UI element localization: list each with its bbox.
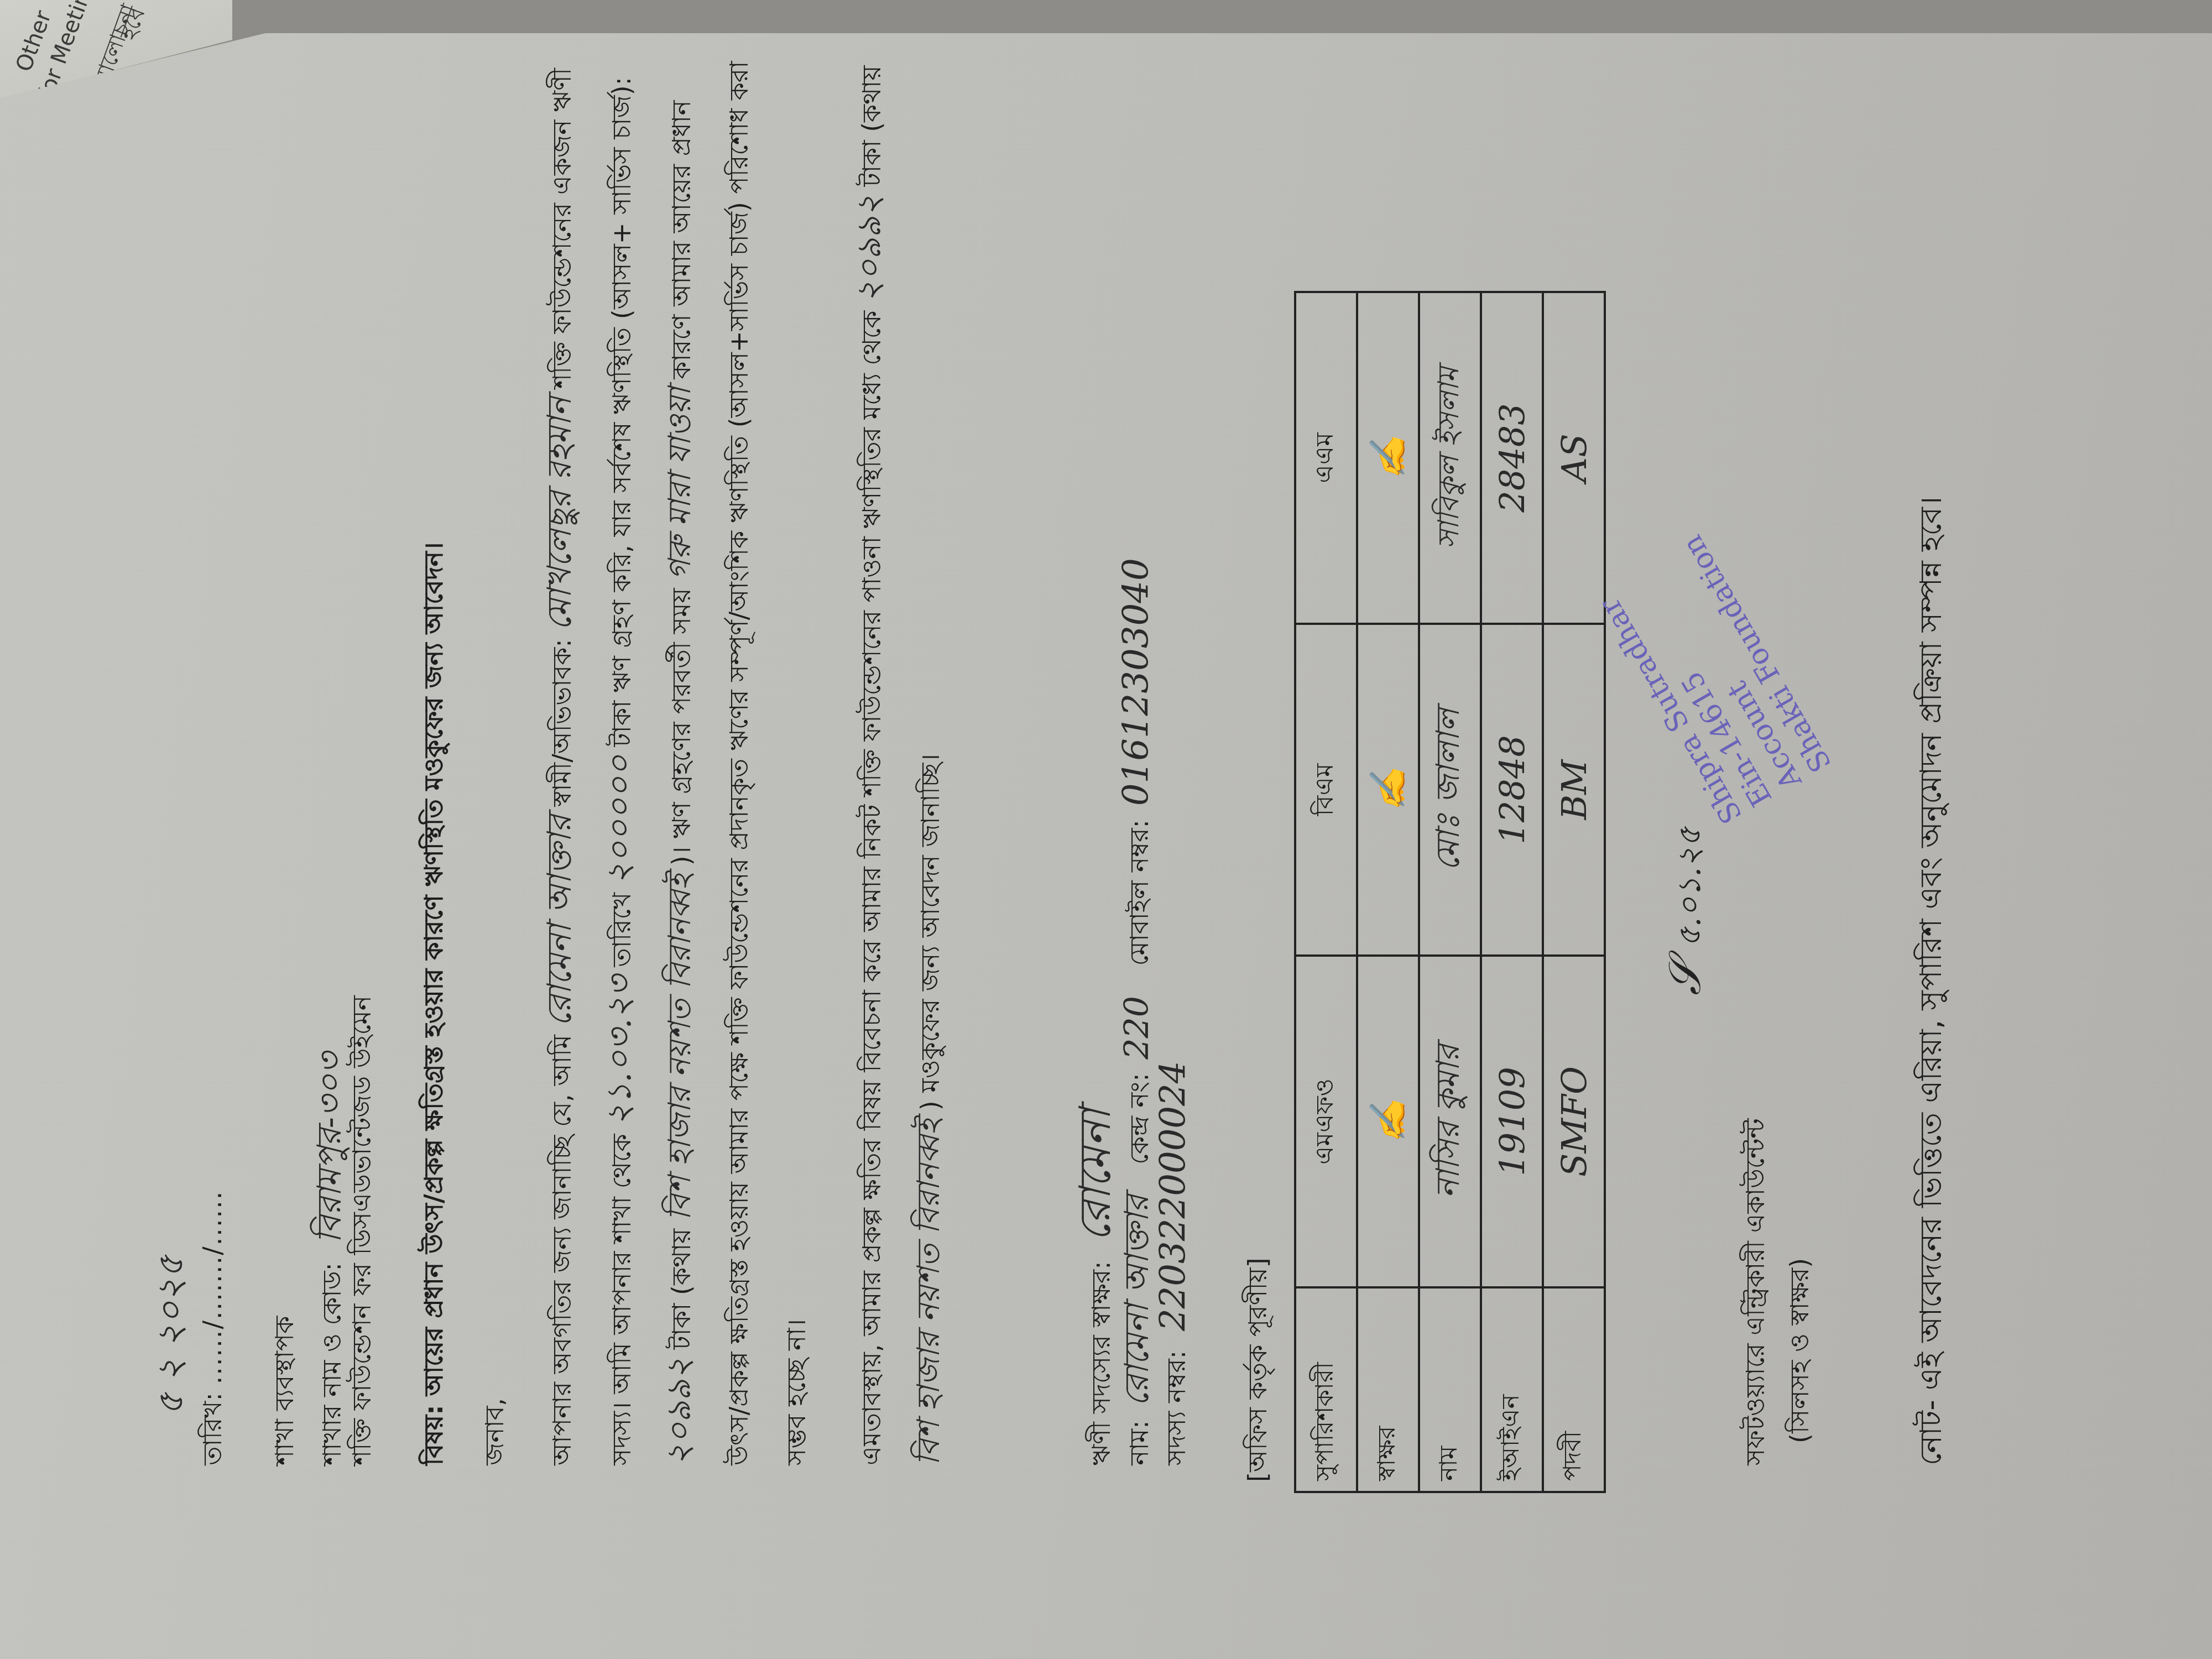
- mobile-value: 01612303040: [1116, 558, 1157, 806]
- body-paragraph-1: আপনার অবগতির জন্য জানাচ্ছি যে, আমি রোমেন…: [531, 55, 825, 1465]
- bm-designation: BM: [1543, 624, 1605, 956]
- footer-note: নোট- এই আবেদনের ভিত্তিতে এরিয়া, সুপারিশ…: [1908, 497, 1958, 1465]
- outstanding-handwritten: ২০৯৯২: [660, 1358, 698, 1465]
- date-placeholder: ....../......./......: [197, 1191, 227, 1385]
- mfo-ein: 19109: [1481, 956, 1543, 1287]
- waiver-amount-handwritten: ২০৯৯২: [850, 195, 889, 302]
- center-no-value: 220: [1118, 996, 1156, 1060]
- organization-name: শক্তি ফাউন্ডেশন ফর ডিসএডভান্টেজড উইমেন: [343, 995, 385, 1465]
- mfo-designation: SMFO: [1543, 956, 1605, 1287]
- signature-cell: ✍: [1357, 292, 1419, 624]
- salutation: জনাব,: [476, 1398, 518, 1465]
- row-label: পদবী: [1543, 1287, 1605, 1492]
- mfo-name: নাসির কুমার: [1419, 956, 1481, 1287]
- accountant-sub-label: (সিলসহ ও স্বাক্ষর): [1781, 1258, 1823, 1443]
- row-label: স্বাক্ষর: [1357, 1287, 1419, 1492]
- accountant-label: সফটওয়্যারে এন্ট্রিকারী একাউন্টেন্ট: [1736, 1118, 1778, 1465]
- accountant-signature: 𝒮 ৫.০১.২৫: [1659, 827, 1718, 995]
- accountant-signature-date: ৫.০১.২৫: [1672, 827, 1708, 947]
- column-header: বিএম: [1295, 624, 1357, 956]
- center-no-label: কেন্দ্র নং:: [1124, 1073, 1154, 1164]
- row-label: ইআইএন: [1481, 1287, 1543, 1492]
- row-label: সুপারিশকারী: [1295, 1287, 1357, 1492]
- reason-handwritten: গরু মারা যাওয়া: [662, 387, 698, 580]
- bm-name: মোঃ জালাল: [1419, 624, 1481, 956]
- table-row: নাম নাসির কুমার মোঃ জালাল সাবিকুল ইসলাম: [1419, 292, 1481, 1492]
- table-row: সুপারিশকারী এমএফও বিএম এএম: [1295, 292, 1357, 1492]
- accountant-stamp: Shipra Sutradhar Ein-14615 Account Shakt…: [1586, 529, 1839, 830]
- loan-date-handwritten: ২১.০৩.২৩: [600, 975, 639, 1125]
- office-recommendation-table: সুপারিশকারী এমএফও বিএম এএম স্বাক্ষর ✍ ✍ …: [1294, 291, 1606, 1493]
- column-header: এমএফও: [1295, 956, 1357, 1287]
- signature-cell: ✍: [1357, 956, 1419, 1287]
- date-label: তারিখ:: [197, 1392, 227, 1465]
- am-name: সাবিকুল ইসলাম: [1419, 292, 1481, 624]
- accountant-signature-scribble: 𝒮: [1659, 961, 1710, 995]
- mobile-label: মোবাইল নম্বর:: [1124, 820, 1154, 966]
- member-no-row: সদস্য নম্বর: 220322000024: [1153, 1061, 1199, 1465]
- row-label: নাম: [1419, 1287, 1481, 1492]
- am-signature-scribble: ✍: [1368, 436, 1409, 480]
- loan-amount-handwritten: ২০০০০০: [600, 755, 639, 884]
- table-row: পদবী SMFO BM AS: [1543, 292, 1605, 1492]
- guardian-handwritten: মোখলেছুর রহমান: [540, 397, 579, 631]
- column-header: এএম: [1295, 292, 1357, 624]
- recipient-title: শাখা ব্যবস্থাপক: [265, 1316, 307, 1465]
- office-section-title: [অফিস কর্তৃক পূরণীয়]: [1239, 1258, 1281, 1482]
- table-row: ইআইএন 19109 12848 28483: [1481, 292, 1543, 1492]
- outstanding-words-handwritten: বিশ হাজার নয়শত বিরানব্বই: [662, 874, 698, 1220]
- branch-label: শাখার নাম ও কোড:: [317, 1262, 347, 1465]
- bm-signature-scribble: ✍: [1368, 768, 1409, 812]
- member-name-label: নাম:: [1124, 1420, 1154, 1465]
- body-paragraph-2: এমতাবস্থায়, আমার প্রকল্প ক্ষতির বিষয় ব…: [841, 55, 959, 1465]
- waiver-words-handwritten: বিশ হাজার নয়শত বিরানব্বই: [911, 1119, 947, 1465]
- member-no-value: 220322000024: [1153, 1061, 1194, 1331]
- signature-cell: ✍: [1357, 624, 1419, 956]
- member-no-label: সদস্য নম্বর:: [1161, 1350, 1191, 1465]
- mfo-signature-scribble: ✍: [1368, 1099, 1409, 1144]
- am-designation: AS: [1543, 292, 1605, 624]
- am-ein: 28483: [1481, 292, 1543, 624]
- table-row: স্বাক্ষর ✍ ✍ ✍: [1357, 292, 1419, 1492]
- subject-line: বিষয়: আয়ের প্রধান উৎস/প্রকল্প ক্ষতিগ্র…: [415, 542, 457, 1465]
- member-name-value: রোমেনা আক্তার: [1118, 1194, 1156, 1406]
- application-form: ৫ ২ ২০২৫ তারিখ: ....../......./...... শা…: [83, 44, 2129, 1648]
- date-row: তারিখ: ....../......./......: [194, 1191, 236, 1465]
- member-name-handwritten: রোমেনা আক্তার: [540, 815, 579, 1026]
- bm-ein: 12848: [1481, 624, 1543, 956]
